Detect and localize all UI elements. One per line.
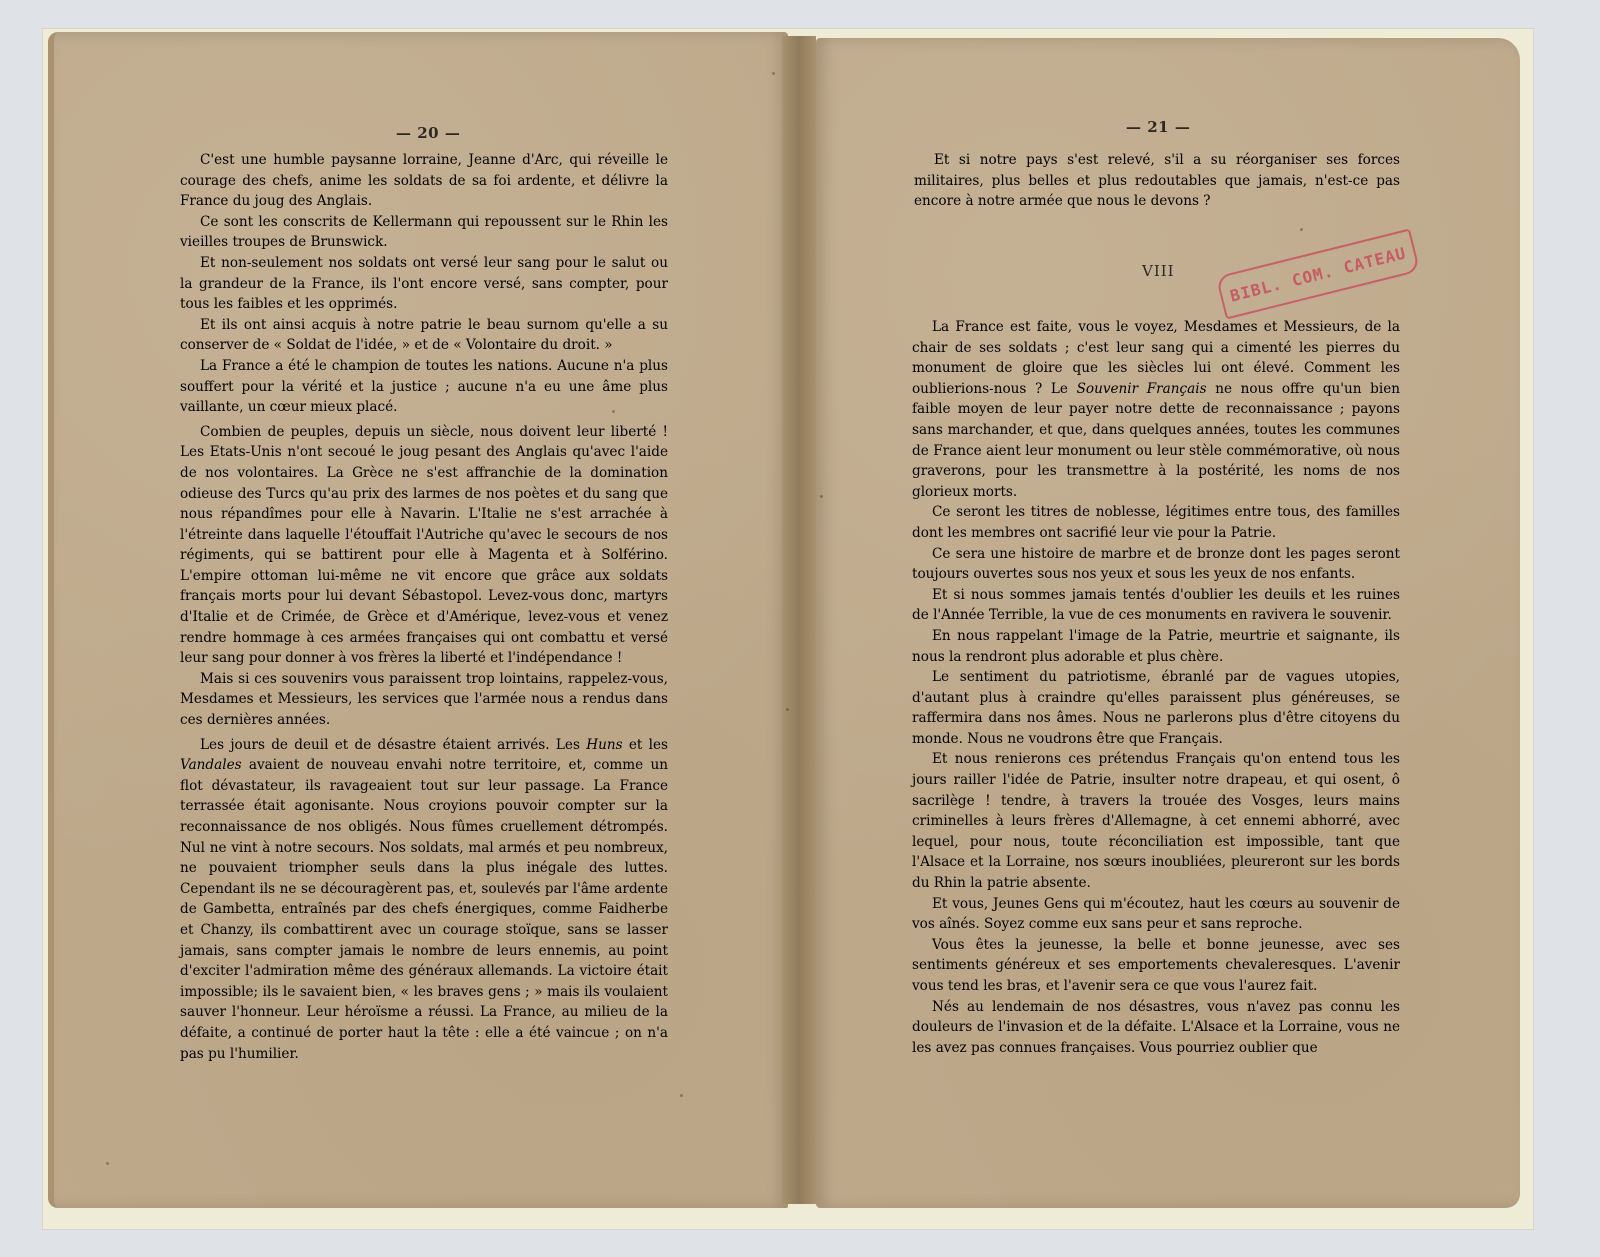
- italic-text: Souvenir Français: [1077, 381, 1207, 397]
- paragraph: Combien de peuples, depuis un siècle, no…: [180, 422, 668, 669]
- paragraph: Et nous renierons ces prétendus Français…: [912, 749, 1400, 893]
- paragraph-huns-vandales: Les jours de deuil et de désastre étaien…: [180, 735, 668, 1065]
- paragraph: Et ils ont ainsi acquis à notre patrie l…: [180, 315, 668, 356]
- paragraph: Nés au lendemain de nos désastres, vous …: [912, 997, 1400, 1059]
- paragraph: C'est une humble paysanne lorraine, Jean…: [180, 150, 668, 212]
- paragraph: Et si nous sommes jamais tentés d'oublie…: [912, 585, 1400, 626]
- paragraph: Et vous, Jeunes Gens qui m'écoutez, haut…: [912, 894, 1400, 935]
- paragraph: Et si notre pays s'est relevé, s'il a su…: [914, 150, 1400, 212]
- section-heading: VIII: [1142, 262, 1175, 280]
- paragraph: Ce sont les conscrits de Kellermann qui …: [180, 212, 668, 253]
- paragraph: Ce sera une histoire de marbre et de bro…: [912, 544, 1400, 585]
- paragraph: Le sentiment du patriotisme, ébranlé par…: [912, 667, 1400, 749]
- paper-speck: [106, 1162, 109, 1165]
- text-run: ne nous offre qu'un bien faible moyen de…: [912, 381, 1400, 500]
- paper-speck: [612, 410, 615, 413]
- right-page-opening: Et si notre pays s'est relevé, s'il a su…: [914, 150, 1400, 212]
- right-page-number: — 21 —: [1126, 118, 1190, 136]
- right-page-body: La France est faite, vous le voyez, Mesd…: [912, 317, 1400, 1058]
- italic-text: Huns: [586, 737, 622, 753]
- paper-speck: [772, 72, 775, 75]
- text-run: avaient de nouveau envahi notre territoi…: [180, 757, 668, 1061]
- paper-speck: [680, 1094, 683, 1097]
- paragraph: En nous rappelant l'image de la Patrie, …: [912, 626, 1400, 667]
- paragraph: La France a été le champion de toutes le…: [180, 356, 668, 418]
- left-page-body: C'est une humble paysanne lorraine, Jean…: [180, 150, 668, 1064]
- italic-text: Vandales: [180, 757, 242, 773]
- paragraph: Et non-seulement nos soldats ont versé l…: [180, 253, 668, 315]
- paragraph: Vous êtes la jeunesse, la belle et bonne…: [912, 935, 1400, 997]
- paragraph: Ce seront les titres de noblesse, légiti…: [912, 502, 1400, 543]
- text-run: Les jours de deuil et de désastre étaien…: [200, 737, 586, 753]
- paragraph-souvenir-francais: La France est faite, vous le voyez, Mesd…: [912, 317, 1400, 502]
- book-gutter: [782, 36, 816, 1204]
- paper-speck: [786, 708, 789, 711]
- paper-speck: [1300, 228, 1303, 231]
- paper-speck: [820, 495, 823, 498]
- left-page-number: — 20 —: [396, 124, 460, 142]
- text-run: et les: [623, 737, 668, 753]
- paragraph: Mais si ces souvenirs vous paraissent tr…: [180, 669, 668, 731]
